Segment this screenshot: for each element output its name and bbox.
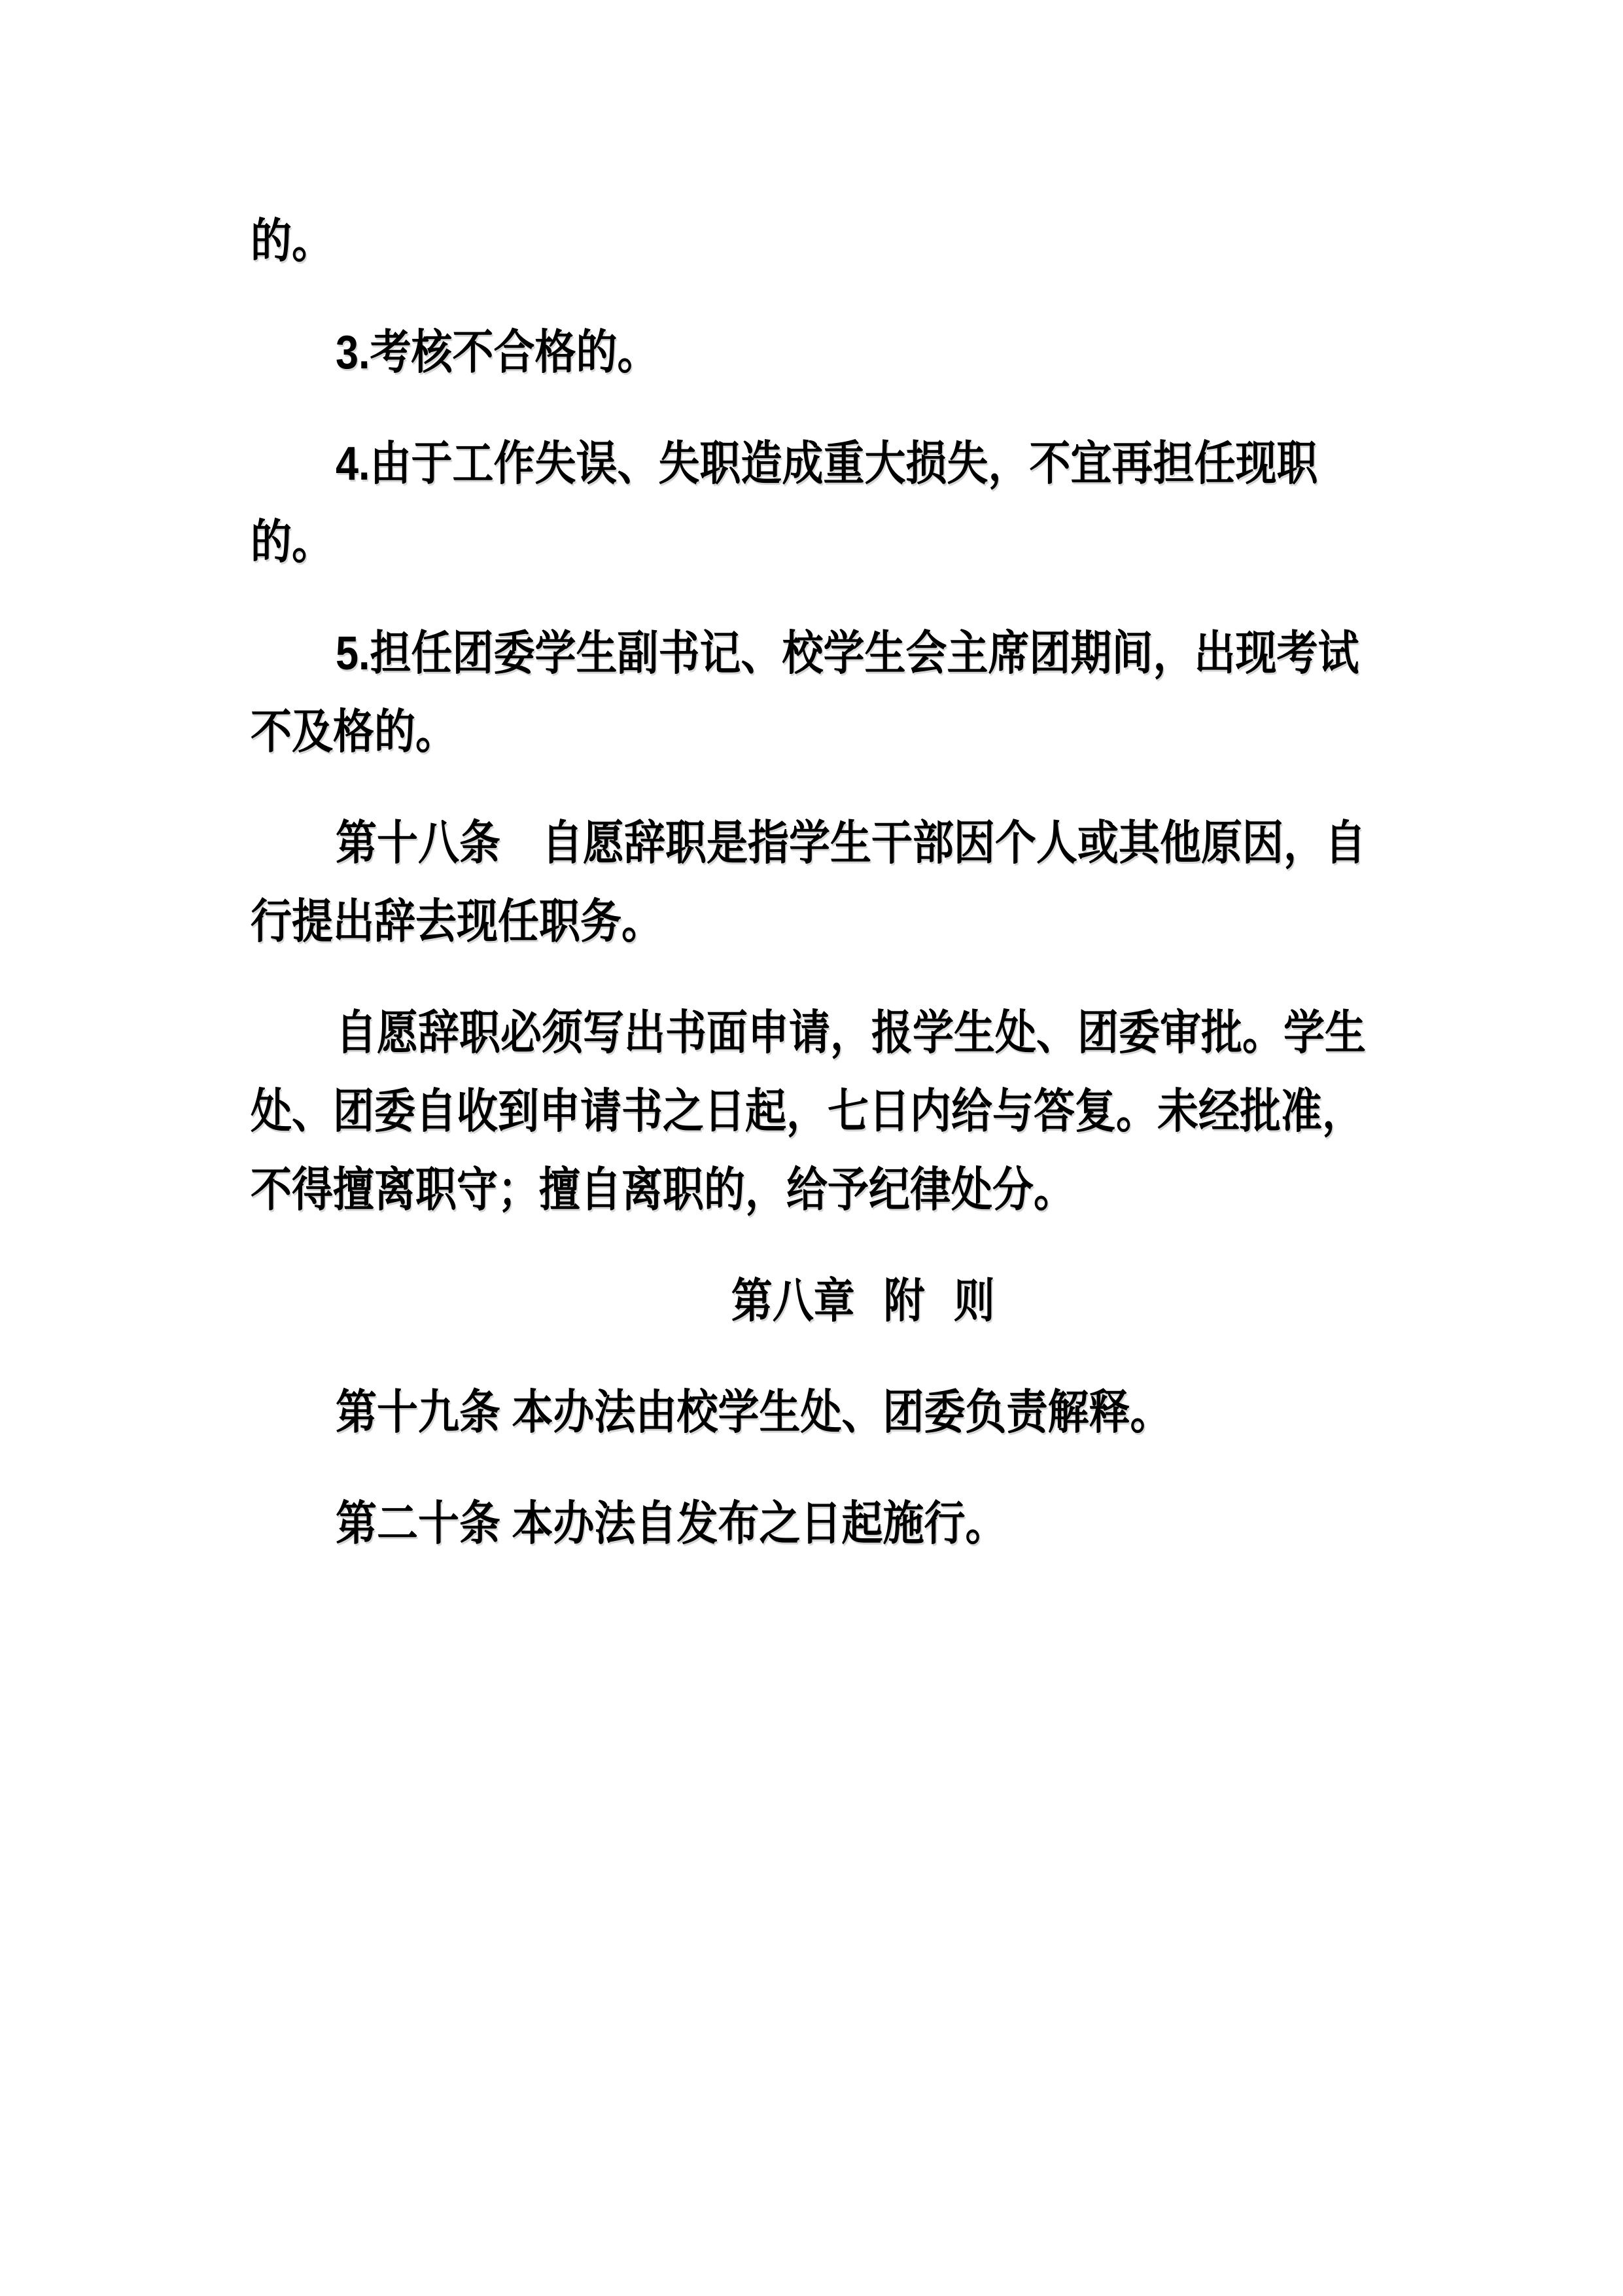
paragraph-line: 自愿辞职必须写出书面申请，报学生处、团委审批。学生	[251, 994, 1381, 1072]
heading-text: 第八章 附 则	[731, 1262, 995, 1341]
chapter-heading: 第八章 附 则	[251, 1262, 1381, 1341]
line-text: 自愿辞职必须写出书面申请，报学生处、团委审批。学生	[336, 994, 1366, 1072]
line-text: 5.担任团委学生副书记、校学生会主席团期间，出现考试	[336, 614, 1359, 693]
line-text: 3.考核不合格的。	[336, 313, 659, 392]
paragraph-line: 5.担任团委学生副书记、校学生会主席团期间，出现考试	[251, 614, 1381, 693]
line-text: 处、团委自收到申请书之日起，七日内给与答复。未经批准，	[251, 1072, 1363, 1151]
line-text: 不得擅离职守；擅自离职的，给予纪律处分。	[251, 1151, 1075, 1229]
line-text: 第十九条 本办法由校学生处、团委负责解释。	[336, 1373, 1172, 1452]
article-18-line: 行提出辞去现任职务。	[251, 883, 1381, 961]
paragraph-line: 3.考核不合格的。	[251, 313, 1381, 392]
paragraph-line: 不得擅离职守；擅自离职的，给予纪律处分。	[251, 1151, 1381, 1229]
paragraph-line: 的。	[251, 503, 1381, 582]
line-text: 不及格的。	[251, 693, 457, 771]
line-text: 第二十条 本办法自发布之日起施行。	[336, 1485, 1007, 1563]
article-19-line: 第十九条 本办法由校学生处、团委负责解释。	[251, 1373, 1381, 1452]
article-18-line: 第十八条 自愿辞职是指学生干部因个人或其他原因，自	[251, 804, 1381, 883]
line-text: 行提出辞去现任职务。	[251, 883, 663, 961]
document-body: 的。 3.考核不合格的。 4.由于工作失误、失职造成重大损失，不宜再担任现职 的…	[0, 0, 1623, 1563]
paragraph-line: 不及格的。	[251, 693, 1381, 771]
paragraph-line: 处、团委自收到申请书之日起，七日内给与答复。未经批准，	[251, 1072, 1381, 1151]
paragraph-line: 4.由于工作失误、失职造成重大损失，不宜再担任现职	[251, 425, 1381, 503]
paragraph-line: 的。	[251, 202, 1381, 281]
document-page: 的。 3.考核不合格的。 4.由于工作失误、失职造成重大损失，不宜再担任现职 的…	[0, 0, 1623, 2296]
line-text: 的。	[251, 503, 333, 582]
line-text: 4.由于工作失误、失职造成重大损失，不宜再担任现职	[336, 425, 1318, 503]
line-text: 的。	[251, 202, 333, 281]
article-20-line: 第二十条 本办法自发布之日起施行。	[251, 1485, 1381, 1563]
line-text: 第十八条 自愿辞职是指学生干部因个人或其他原因，自	[336, 804, 1366, 883]
